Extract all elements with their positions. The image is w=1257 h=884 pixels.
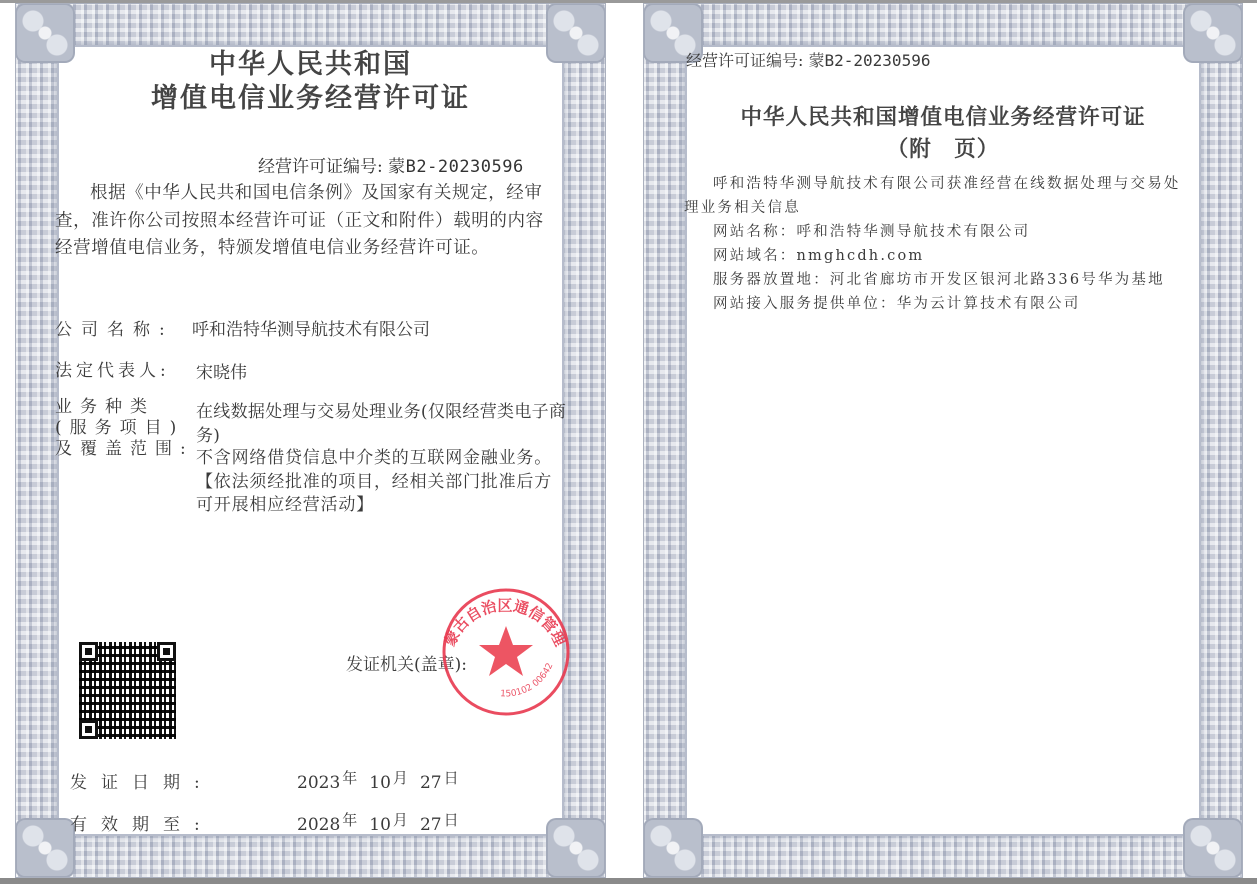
page-content-area	[687, 47, 1199, 834]
appendix-intro: 呼和浩特华测导航技术有限公司获准经营在线数据处理与交易处理业务相关信息	[684, 172, 1182, 220]
issue-year: 2023	[297, 773, 340, 793]
seal-text: 内蒙古自治区通信管理局	[430, 584, 570, 650]
bottom-edge-bar	[0, 878, 1257, 884]
valid-month: 10	[369, 815, 391, 835]
license-number-value: 蒙B2-20230596	[809, 51, 931, 70]
qr-finder-icon	[79, 642, 98, 661]
border-ornament-icon	[643, 818, 703, 878]
qr-code-icon[interactable]	[79, 642, 176, 739]
business-scope-label: 业务种类 (服务项目) 及覆盖范围:	[55, 397, 194, 460]
valid-until-value: 2028年10月27日	[297, 814, 471, 835]
star-icon	[479, 626, 533, 676]
website-name: 网站名称：呼和浩特华测导航技术有限公司	[684, 220, 1182, 244]
legal-representative-value: 宋晓伟	[196, 358, 247, 383]
license-number-label: 经营许可证编号:	[258, 157, 383, 177]
appendix-body: 呼和浩特华测导航技术有限公司获准经营在线数据处理与交易处理业务相关信息 网站名称…	[706, 172, 1182, 316]
month-unit: 月	[393, 811, 408, 829]
border-ornament-icon	[1183, 818, 1243, 878]
website-domain: 网站域名：nmghcdh.com	[684, 244, 1182, 268]
appendix-title: 中华人民共和国增值电信业务经营许可证	[643, 100, 1243, 131]
appendix-subtitle: （附 页）	[643, 132, 1243, 163]
license-title-line2: 增值电信业务经营许可证	[15, 82, 606, 115]
issue-day: 27	[420, 773, 442, 793]
valid-until-label: 有效期至:	[70, 810, 214, 835]
month-unit: 月	[393, 769, 408, 787]
server-location: 服务器放置地：河北省廊坊市开发区银河北路336号华为基地	[684, 268, 1182, 292]
border-ornament-icon	[15, 818, 75, 878]
business-scope-restriction: 不含网络借贷信息中介类的互联网金融业务。【依法须经批准的项目，经相关部门批准后方…	[196, 447, 566, 518]
border-ornament-icon	[1183, 3, 1243, 63]
border-ornament-icon	[546, 818, 606, 878]
company-name-label: 公司名称:	[55, 315, 174, 340]
access-provider: 网站接入服务提供单位：华为云计算技术有限公司	[684, 292, 1182, 316]
legal-representative-label: 法定代表人:	[55, 356, 170, 381]
valid-day: 27	[420, 815, 442, 835]
official-seal-icon: 内蒙古自治区通信管理局 150102 0064230	[430, 584, 580, 718]
issue-month: 10	[369, 773, 391, 793]
license-title-line1: 中华人民共和国	[15, 48, 606, 81]
qr-finder-icon	[79, 720, 98, 739]
company-name-value: 呼和浩特华测导航技术有限公司	[192, 315, 430, 340]
svg-text:内蒙古自治区通信管理局: 内蒙古自治区通信管理局	[430, 584, 570, 650]
day-unit: 日	[444, 769, 459, 787]
valid-year: 2028	[297, 815, 340, 835]
license-number: 经营许可证编号: 蒙B2-20230596	[258, 152, 524, 177]
intro-paragraph: 根据《中华人民共和国电信条例》及国家有关规定，经审查，准许你公司按照本经营许可证…	[55, 180, 555, 263]
appendix-license-number: 经营许可证编号: 蒙B2-20230596	[686, 48, 930, 71]
business-scope-value: 在线数据处理与交易处理业务(仅限经营类电子商务)	[196, 401, 576, 448]
qr-finder-icon	[157, 642, 176, 661]
license-number-value: 蒙B2-20230596	[388, 157, 524, 177]
year-unit: 年	[342, 769, 357, 787]
year-unit: 年	[342, 811, 357, 829]
license-number-label: 经营许可证编号:	[686, 51, 803, 70]
issue-date-label: 发证日期:	[70, 768, 214, 793]
issue-date-value: 2023年10月27日	[297, 772, 471, 793]
day-unit: 日	[444, 811, 459, 829]
